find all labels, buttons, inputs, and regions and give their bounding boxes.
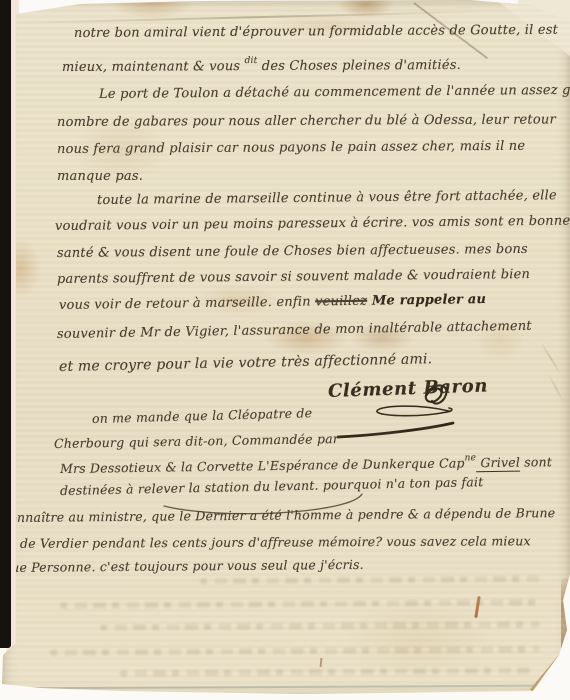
letter-line: parents souffrent de vous savoir si souv… [57, 267, 530, 287]
letter-line: toute la marine de marseille continue à … [97, 188, 557, 208]
letter-line: mieux, maintenant & vous dit des Choses … [62, 55, 461, 75]
bleedthrough-line [60, 599, 540, 608]
letter-line: on me mande que la Cléopatre de [92, 405, 313, 426]
bleedthrough-line [120, 668, 530, 677]
signature-flourish [320, 378, 470, 450]
letter-line: et de Verdier pendant les cents jours d'… [3, 533, 531, 551]
line-text: Mrs Dessotieux & la Corvette L'Espérance… [60, 455, 465, 476]
letter-line: notre bon amiral vient d'éprouver un for… [74, 23, 558, 41]
letter-line: que Personne. c'est toujours pour vous s… [3, 557, 364, 575]
letter-line: Le port de Toulon a détaché au commencem… [99, 83, 570, 102]
bleedthrough-line [200, 576, 540, 584]
bleedthrough-line [100, 621, 540, 630]
inserted-word: dit [245, 56, 258, 66]
line-text: Me rappeler au [367, 292, 486, 309]
struck-word: veuillez [315, 294, 367, 310]
superscript-abbrev: ne [465, 453, 477, 463]
letter-line: Mrs Dessotieux & la Corvette L'Espérance… [60, 452, 552, 476]
letter-line: santé & vous disent une foule de Choses … [57, 242, 528, 261]
scanned-letter-photo: notre bon amiral vient d'éprouver un for… [0, 0, 570, 700]
paper-sheet: notre bon amiral vient d'éprouver un for… [0, 0, 570, 700]
torn-edge [561, 578, 570, 666]
line-text: sont [520, 454, 552, 469]
fold-crease [18, 11, 488, 24]
letter-line: souvenir de Mr de Vigier, l'assurance de… [57, 319, 532, 342]
black-border-strip [0, 0, 11, 648]
bleedthrough-line [50, 646, 540, 655]
letter-line: connaître au ministre, que le Dernier a … [2, 505, 555, 525]
letter-line: nombre de gabares pour nous aller cherch… [57, 112, 556, 130]
small-ink-tick [320, 658, 323, 667]
line-text: vous voir de retour à marseille. enfin [59, 294, 315, 313]
letter-line: et me croyre pour la vie votre très affe… [59, 351, 433, 375]
bottom-edge-shadow [4, 685, 544, 690]
line-text: mieux, maintenant & vous [62, 59, 245, 75]
letter-line: voudrait vous voir un peu moins paresseu… [55, 214, 570, 234]
line-text: des Choses pleines d'amitiés. [257, 58, 461, 74]
letter-line: vous voir de retour à marseille. enfin v… [59, 292, 486, 313]
fold-crease [547, 373, 565, 404]
fold-crease [539, 340, 562, 375]
letter-line: manque pas. [57, 169, 143, 184]
letter-line: nous fera grand plaisir car nous payons … [57, 139, 525, 157]
underlined-word: Grivel [476, 455, 520, 473]
letter-line: Cherbourg qui sera dit-on, Commandée par [54, 431, 339, 451]
